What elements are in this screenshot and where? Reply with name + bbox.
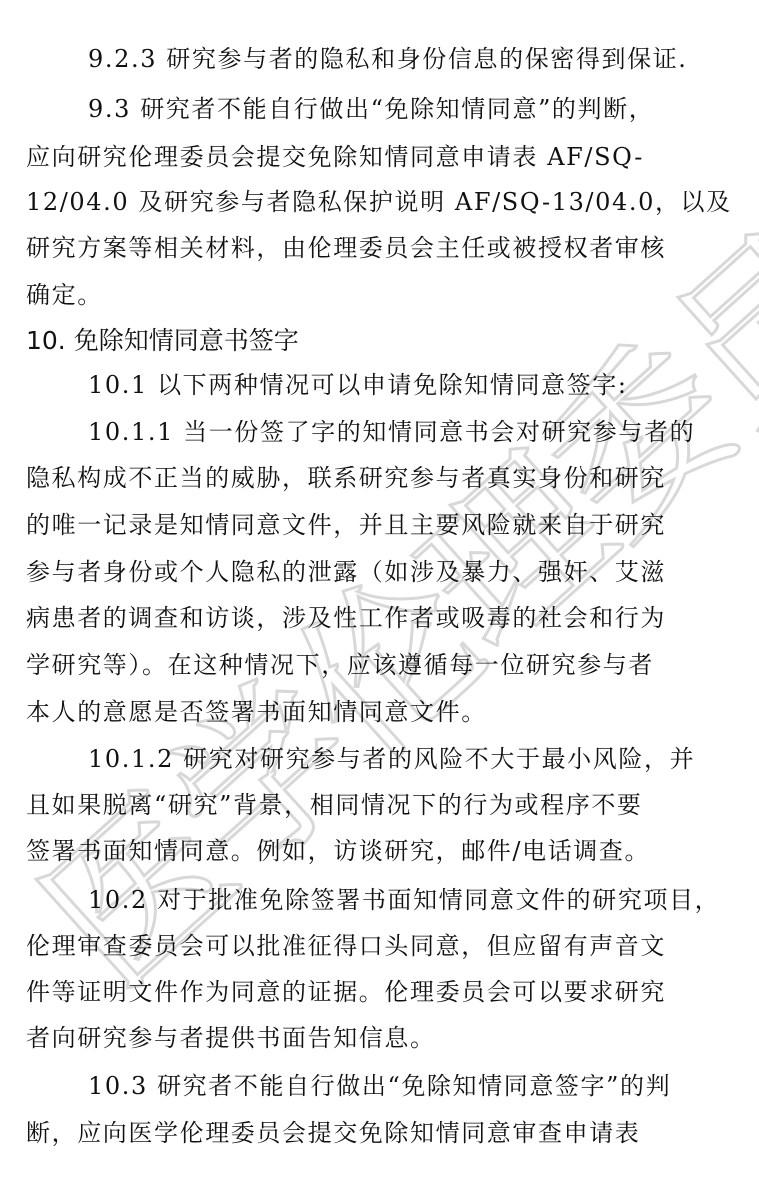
paragraph-line: 应向研究伦理委员会提交免除知情同意申请表 AF/SQ- [26, 142, 644, 172]
paragraph-line: 10.2 对于批准免除签署书面知情同意文件的研究项目， [88, 885, 720, 915]
paragraph-line: 伦理审查委员会可以批准征得口头同意，但应留有声音文 [26, 931, 666, 961]
paragraph-line: 9.3 研究者不能自行做出“免除知情同意”的判断， [88, 94, 654, 124]
paragraph-line: 本人的意愿是否签署书面知情同意文件。 [26, 697, 487, 727]
paragraph-line: 断，应向医学伦理委员会提交免除知情同意审查申请表 [26, 1118, 640, 1148]
section-heading: 10. 免除知情同意书签字 [26, 326, 299, 356]
paragraph-line: 确定。 [26, 280, 103, 310]
paragraph-line: 参与者身份或个人隐私的泄露（如涉及暴力、强奸、艾滋 [26, 557, 666, 587]
paragraph-line: 10.1.1 当一份签了字的知情同意书会对研究参与者的 [88, 417, 695, 447]
paragraph-line: 研究方案等相关材料，由伦理委员会主任或被授权者审核 [26, 233, 666, 263]
paragraph-line: 10.3 研究者不能自行做出“免除知情同意签字”的判 [88, 1071, 671, 1101]
paragraph-line: 10.1.2 研究对研究参与者的风险不大于最小风险，并 [88, 744, 695, 774]
paragraph-line: 10.1 以下两种情况可以申请免除知情同意签字: [88, 370, 628, 400]
paragraph-line: 学研究等）。在这种情况下，应该遵循每一位研究参与者 [26, 650, 654, 680]
document-page: 医学伦理委员会 9.2.3 研究参与者的隐私和身份信息的保密得到保证. 9.3 … [0, 0, 759, 1200]
paragraph-line: 的唯一记录是知情同意文件，并且主要风险就来自于研究 [26, 510, 666, 540]
paragraph-line: 签署书面知情同意。例如，访谈研究，邮件/电话调查。 [26, 836, 650, 866]
paragraph-line: 9.2.3 研究参与者的隐私和身份信息的保密得到保证. [88, 44, 688, 74]
paragraph-line: 12/04.0 及研究参与者隐私保护说明 AF/SQ-13/04.0，以及 [26, 187, 732, 217]
paragraph-line: 隐私构成不正当的威胁，联系研究参与者真实身份和研究 [26, 463, 666, 493]
paragraph-line: 且如果脱离“研究”背景，相同情况下的行为或程序不要 [26, 790, 643, 820]
paragraph-line: 病患者的调查和访谈，涉及性工作者或吸毒的社会和行为 [26, 603, 666, 633]
paragraph-line: 者向研究参与者提供书面告知信息。 [26, 1023, 436, 1053]
paragraph-line: 件等证明文件作为同意的证据。伦理委员会可以要求研究 [26, 977, 666, 1007]
